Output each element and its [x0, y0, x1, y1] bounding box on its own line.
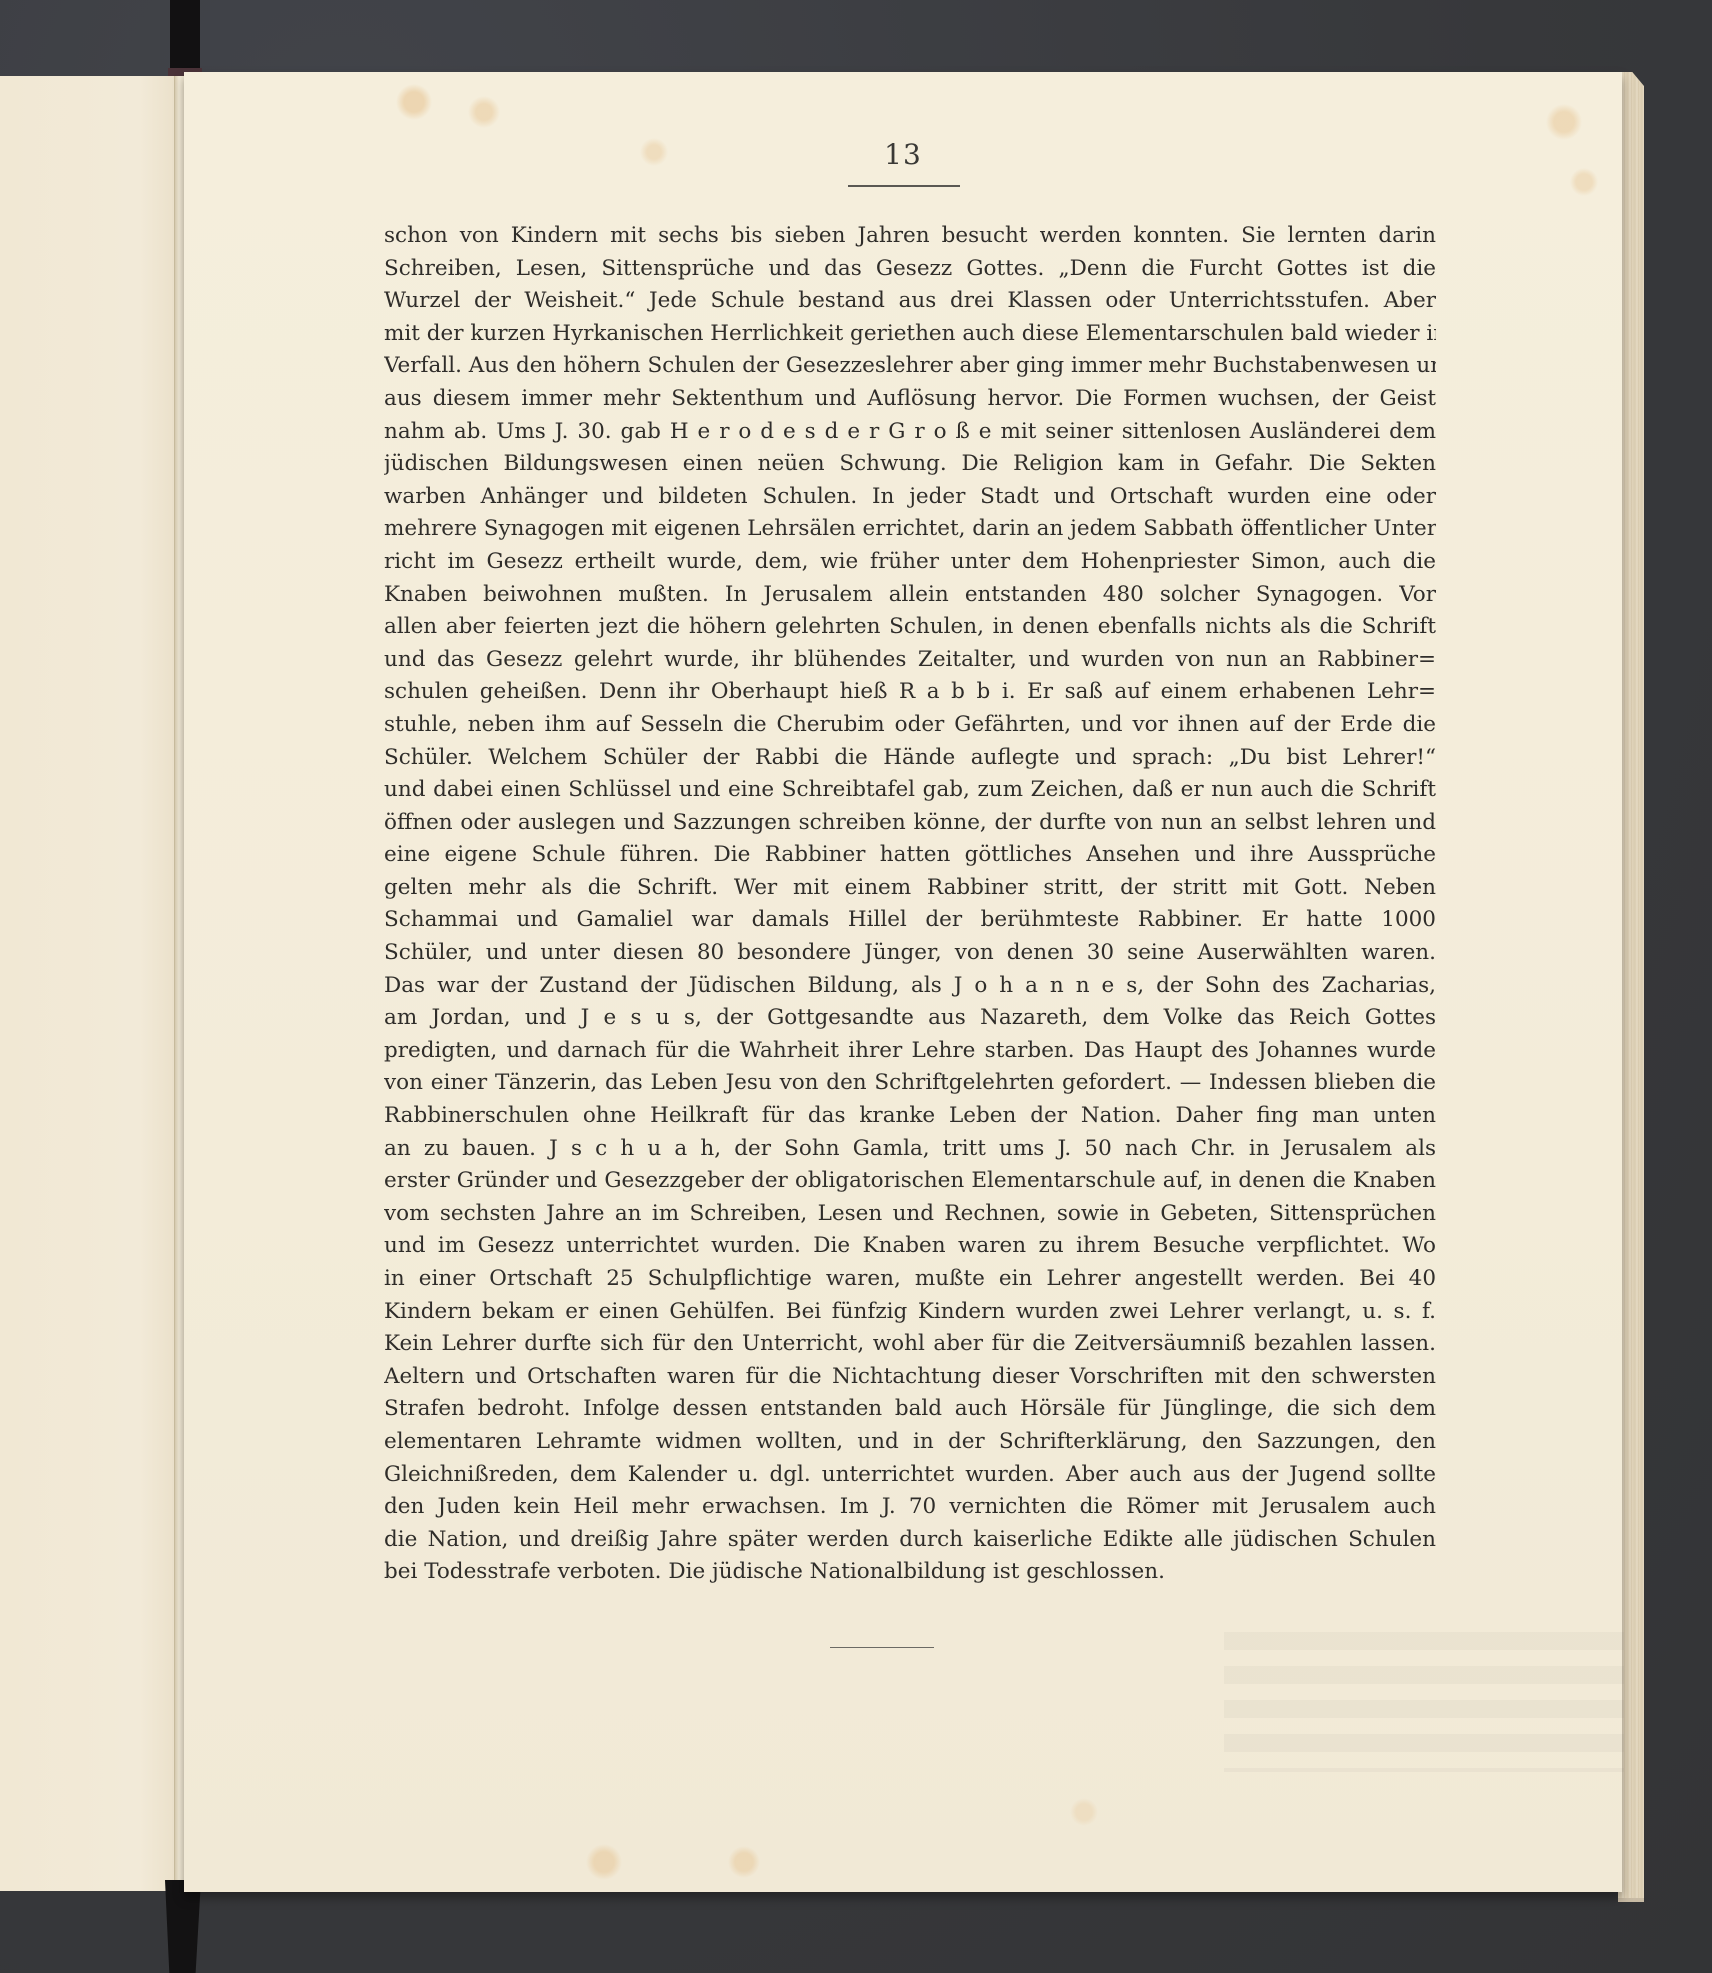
text-line: Verfall. Aus den höhern Schulen der Gese…	[384, 350, 1436, 383]
text-line: öffnen oder auslegen und Sazzungen schre…	[384, 807, 1436, 840]
text-line: Schüler, und unter diesen 80 besondere J…	[384, 937, 1436, 970]
text-line: Kindern bekam er einen Gehülfen. Bei fün…	[384, 1296, 1436, 1329]
text-line: richt im Gesezz ertheilt wurde, dem, wie…	[384, 546, 1436, 579]
text-line: mit der kurzen Hyrkanischen Herrlichkeit…	[384, 318, 1436, 351]
text-line: Schammai und Gamaliel war damals Hillel …	[384, 904, 1436, 937]
text-line: elementaren Lehramte widmen wollten, und…	[384, 1426, 1436, 1459]
body-text: schon von Kindern mit sechs bis sieben J…	[384, 220, 1436, 1589]
text-line: von einer Tänzerin, das Leben Jesu von d…	[384, 1067, 1436, 1100]
previous-page-edge	[0, 76, 174, 1891]
text-line-final: bei Todesstrafe verboten. Die jüdische N…	[384, 1556, 1436, 1589]
text-line: die Nation, und dreißig Jahre später wer…	[384, 1524, 1436, 1557]
text-line: in einer Ortschaft 25 Schulpflichtige wa…	[384, 1263, 1436, 1296]
text-line: schulen geheißen. Denn ihr Oberhaupt hie…	[384, 676, 1436, 709]
text-line: Strafen bedroht. Infolge dessen entstand…	[384, 1393, 1436, 1426]
text-line: Kein Lehrer durfte sich für den Unterric…	[384, 1328, 1436, 1361]
text-line: mehrere Synagogen mit eigenen Lehrsälen …	[384, 513, 1436, 546]
text-line: und das Gesezz gelehrt wurde, ihr blühen…	[384, 644, 1436, 677]
text-line: am Jordan, und J e s u s, der Gottgesand…	[384, 1002, 1436, 1035]
text-line: und im Gesezz unterrichtet wurden. Die K…	[384, 1230, 1436, 1263]
book-page: 13 schon von Kindern mit sechs bis siebe…	[184, 72, 1622, 1892]
text-line: Das war der Zustand der Jüdischen Bildun…	[384, 970, 1436, 1003]
text-line: eine eigene Schule führen. Die Rabbiner …	[384, 839, 1436, 872]
text-line: stuhle, neben ihm auf Sesseln die Cherub…	[384, 709, 1436, 742]
text-line: schon von Kindern mit sechs bis sieben J…	[384, 220, 1436, 253]
header-rule	[848, 185, 960, 187]
text-line: vom sechsten Jahre an im Schreiben, Lese…	[384, 1198, 1436, 1231]
text-line: an zu bauen. J s c h u a h, der Sohn Gam…	[384, 1133, 1436, 1166]
text-line: Schüler. Welchem Schüler der Rabbi die H…	[384, 742, 1436, 775]
text-line: aus diesem immer mehr Sektenthum und Auf…	[384, 383, 1436, 416]
text-line: Gleichnißreden, dem Kalender u. dgl. unt…	[384, 1459, 1436, 1492]
text-line: Rabbinerschulen ohne Heilkraft für das k…	[384, 1100, 1436, 1133]
text-line: Wurzel der Weisheit.“ Jede Schule bestan…	[384, 285, 1436, 318]
text-line: allen aber feierten jezt die höhern gele…	[384, 611, 1436, 644]
section-end-rule	[830, 1647, 934, 1648]
text-line: Aeltern und Ortschaften waren für die Ni…	[384, 1361, 1436, 1394]
reverse-side-showthrough	[1224, 1632, 1624, 1772]
text-line: Knaben beiwohnen mußten. In Jerusalem al…	[384, 579, 1436, 612]
text-line: predigten, und darnach für die Wahrheit …	[384, 1035, 1436, 1068]
text-line: jüdischen Bildungswesen einen neüen Schw…	[384, 448, 1436, 481]
text-line: erster Gründer und Gesezzgeber der oblig…	[384, 1165, 1436, 1198]
text-line: warben Anhänger und bildeten Schulen. In…	[384, 481, 1436, 514]
page-number: 13	[184, 138, 1622, 171]
book-spine-top	[170, 0, 200, 78]
text-line: nahm ab. Ums J. 30. gab H e r o d e s d …	[384, 416, 1436, 449]
book-spine-bottom	[165, 1880, 201, 1973]
text-line: und dabei einen Schlüssel und eine Schre…	[384, 774, 1436, 807]
text-line: den Juden kein Heil mehr erwachsen. Im J…	[384, 1491, 1436, 1524]
text-line: gelten mehr als die Schrift. Wer mit ein…	[384, 872, 1436, 905]
text-line: Schreiben, Lesen, Sittensprüche und das …	[384, 253, 1436, 286]
